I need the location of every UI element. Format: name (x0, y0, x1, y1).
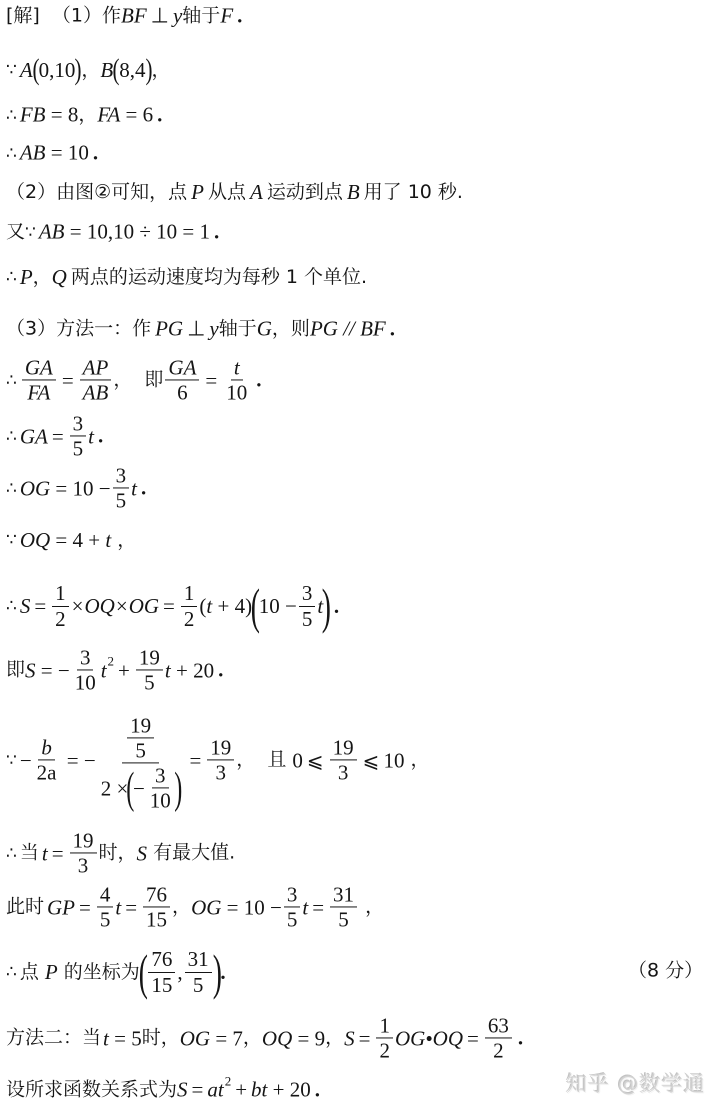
number: 0 (292, 749, 303, 771)
perpendicular-symbol: ⊥ (187, 318, 205, 340)
line-7: ∴ P ， Q 两点的运动速度均为每秒 1 个单位. (6, 266, 367, 288)
math-var: F (220, 5, 233, 27)
fraction-denominator: 2 (52, 607, 69, 630)
fraction-denominator: 2 × ( − 3 10 ) (98, 764, 184, 812)
fraction-numerator: 19 (136, 646, 163, 670)
line-5-part2: （2） 由图②可知，点 P 从点 A 运动到点 B 用了 10 秒. (6, 181, 463, 203)
math-expr: = 9 (292, 1027, 325, 1049)
fraction: 19 5 (127, 714, 154, 761)
equals: = (125, 896, 137, 918)
period: . (214, 220, 219, 245)
math-var: t (101, 659, 107, 681)
fraction-denominator: 5 (113, 489, 130, 512)
math-var: BF (360, 318, 386, 340)
fraction-denominator: 10 (72, 671, 99, 694)
line-6: 又 ∵ AB = 10,10 ÷ 10 = 1 . (6, 220, 219, 245)
period: . (237, 4, 242, 29)
fraction-numerator: GA (165, 356, 199, 380)
text: 方法二：当 (6, 1028, 101, 1049)
therefore-symbol: ∴ (6, 105, 17, 125)
fraction: 3 10 (72, 646, 99, 693)
therefore-symbol: ∴ (6, 478, 17, 498)
text: 设所求函数关系式为 (6, 1080, 177, 1101)
fraction-denominator: 5 (141, 671, 158, 694)
therefore-symbol: ∴ (6, 426, 17, 446)
math-expr: + 20 (267, 1079, 310, 1101)
comma: ， (111, 530, 136, 551)
math-var: FA (97, 104, 120, 126)
big-left-paren: ( (138, 947, 147, 997)
math-var: PG (155, 318, 183, 340)
parallel-symbol: // (338, 318, 360, 340)
fraction: 1 2 (52, 582, 69, 629)
period: . (141, 476, 146, 501)
math-expr: = − (62, 749, 96, 771)
equals: = (205, 369, 217, 391)
math-var: B (347, 181, 360, 203)
fraction-numerator: t (231, 356, 243, 380)
fraction-denominator: 10 (147, 789, 174, 812)
perpendicular-symbol: ⊥ (151, 5, 169, 27)
line-20: 设所求函数关系式为 S = at 2 + bt + 20 . (6, 1078, 320, 1103)
coords-a: 0,10 (39, 59, 76, 81)
math-var: OG (191, 896, 221, 918)
part-number: （2） (6, 182, 56, 203)
equals: = (359, 1027, 371, 1049)
line-12: ∵ OQ = 4 + t ， (6, 529, 136, 551)
math-var: P (191, 181, 204, 203)
math-var: AB (20, 142, 46, 164)
comma: , (177, 961, 182, 983)
fraction-denominator: 5 (284, 908, 301, 931)
text: 两点的运动速度均为每秒 1 个单位. (71, 267, 367, 288)
comma: ， (243, 1028, 262, 1049)
fraction-denominator: 10 (223, 381, 250, 404)
fraction-numerator: 19 (330, 736, 357, 760)
comma: ， (172, 897, 191, 918)
math-expr: = 8 (45, 104, 78, 126)
math-var: P (20, 266, 33, 288)
number: 10 (383, 749, 404, 771)
line-8-part3-method1: （3） 方法一：作 PG ⊥ y 轴于 G ，则 PG // BF . (6, 317, 395, 342)
fraction-denominator: 5 (299, 607, 316, 630)
fraction: 3 5 (284, 883, 301, 930)
fraction-denominator: 3 (335, 761, 352, 784)
fraction-numerator: 3 (113, 464, 130, 488)
period: . (334, 594, 339, 619)
text: 方法一：作 (56, 319, 151, 340)
line-2-coordinates: ∵ A ( 0,10 ) ， B ( 8,4 ) ， (6, 55, 171, 85)
equals: = (52, 425, 64, 447)
text: 运动到点 (267, 182, 343, 203)
text: 时， (99, 843, 137, 864)
fraction: 31 5 (330, 883, 357, 930)
fraction: GA FA (22, 356, 56, 403)
equals: = (34, 595, 46, 617)
math-expr: = 4 + (50, 529, 105, 551)
math-var: S (25, 659, 36, 681)
line-15-vertex: ∵ − b 2a = − 19 5 2 × ( − 3 10 ) = 19 3 … (6, 708, 429, 811)
fraction: t 10 (223, 356, 250, 403)
fraction-denominator: 2 (490, 1039, 507, 1062)
comma: ， (152, 60, 171, 81)
math-expr: + 4 (212, 595, 245, 617)
because-symbol: ∵ (6, 60, 17, 80)
text: 轴于 (182, 6, 220, 27)
line-13-area-formula: ∴ S = 1 2 × OQ × OG = 1 2 ( t + 4 ) ( 10… (6, 581, 339, 631)
fraction: 4 5 (97, 883, 114, 930)
fraction-denominator: 5 (97, 908, 114, 931)
fraction-denominator: 6 (174, 381, 191, 404)
text: ， 即 (113, 370, 163, 391)
fraction-numerator: 1 (376, 1014, 393, 1038)
because-symbol: ∵ (25, 222, 36, 242)
fraction: 31 5 (185, 948, 212, 995)
line-17: 此时 GP = 4 5 t = 76 15 ， OG = 10 − 3 5 t … (6, 883, 384, 930)
point-a: A (20, 59, 33, 81)
math-expr: = 5 (109, 1027, 142, 1049)
math-var: PG (310, 318, 338, 340)
fraction: 3 5 (70, 412, 87, 459)
math-expr: 2 × (101, 777, 129, 799)
point-b: B (100, 59, 113, 81)
right-paren: ) (145, 55, 152, 85)
fraction-denominator: 2 (376, 1039, 393, 1062)
math-var: P (45, 961, 58, 983)
fraction-numerator: 76 (143, 883, 170, 907)
fraction-denominator: 5 (190, 973, 207, 996)
math-var: S (20, 595, 31, 617)
text: ，则 (272, 319, 310, 340)
math-term: at (207, 1079, 223, 1101)
math-var: t (131, 477, 137, 499)
text: 即 (6, 660, 25, 681)
period: . (218, 658, 223, 683)
period: . (98, 424, 103, 449)
fraction-numerator: 19 (207, 736, 234, 760)
line-14-quadratic: 即 S = − 3 10 t 2 + 19 5 t + 20 . (6, 646, 223, 693)
text: 时， (142, 1028, 180, 1049)
text: 当 (20, 843, 39, 864)
fraction: 1 2 (376, 1014, 393, 1061)
line-4: ∴ AB = 10 . (6, 141, 98, 166)
line-1-part1-intro: [解] （1） 作 BF ⊥ y 轴于 F . (6, 4, 242, 29)
fraction: 76 15 (148, 948, 175, 995)
math-var: A (250, 181, 263, 203)
fraction-denominator: 2a (34, 761, 60, 784)
math-var: OQ (20, 529, 50, 551)
period: . (157, 103, 162, 128)
therefore-symbol: ∴ (6, 370, 17, 390)
math-var: GP (47, 896, 75, 918)
fraction-denominator: 3 (75, 854, 92, 877)
comma: ， (81, 60, 100, 81)
fraction-numerator: 19 (70, 829, 97, 853)
math-expr: OG•OQ (395, 1027, 463, 1049)
big-right-paren: ) (322, 581, 331, 631)
big-left-paren: ( (127, 766, 135, 810)
math-var: GA (20, 425, 48, 447)
part-number: （3） (6, 319, 56, 340)
fraction-denominator: 5 (335, 908, 352, 931)
left-paren: ( (32, 55, 39, 85)
text: 又 (6, 222, 25, 243)
therefore-symbol: ∴ (6, 596, 17, 616)
period: . (390, 317, 395, 342)
fraction-numerator: 3 (70, 412, 87, 436)
math-expr: = 6 (120, 104, 153, 126)
fraction-denominator: 5 (70, 437, 87, 460)
text: 作 (102, 6, 121, 27)
line-10: ∴ GA = 3 5 t . (6, 412, 103, 459)
math-expr: = 10,10 ÷ 10 = 1 (65, 221, 210, 243)
math-var: FB (20, 104, 46, 126)
fraction-numerator: 63 (485, 1014, 512, 1038)
math-var: G (257, 318, 272, 340)
line-16-max: ∴ 当 t = 19 3 时， S 有最大值. (6, 829, 235, 876)
minus: − (20, 749, 32, 771)
math-expr: = 7 (210, 1027, 243, 1049)
math-var: S (137, 842, 148, 864)
comma: ， (404, 750, 429, 771)
text: 有最大值. (147, 843, 235, 864)
fraction-denominator: 5 (132, 738, 149, 761)
fraction-denominator: 3 (213, 761, 230, 784)
fraction-numerator: 1 (181, 582, 198, 606)
coords-b: 8,4 (119, 59, 145, 81)
math-var: t (88, 425, 94, 447)
comma: ， (359, 897, 384, 918)
math-term: bt (251, 1079, 267, 1101)
plus: + (118, 659, 130, 681)
complex-fraction: 19 5 2 × ( − 3 10 ) (98, 708, 184, 811)
exponent: 2 (108, 653, 115, 669)
text: 用了 10 秒. (364, 182, 463, 203)
equals: = (189, 749, 201, 771)
math-var: y (209, 318, 218, 340)
fraction-numerator: 31 (330, 883, 357, 907)
text: 点 (20, 962, 45, 983)
math-var: OQ (262, 1027, 292, 1049)
fraction-numerator: 3 (77, 646, 94, 670)
fraction-numerator: 3 (152, 765, 169, 789)
math-expr: = 10 − (50, 477, 110, 499)
fraction-numerator: 4 (97, 883, 114, 907)
math-var: Q (52, 266, 67, 288)
comma: ， (78, 105, 97, 126)
less-equal-symbol: ⩽ (307, 748, 324, 772)
fraction-numerator: 76 (148, 948, 175, 972)
math-expr: + 20 (171, 659, 214, 681)
therefore-symbol: ∴ (6, 267, 17, 287)
fraction: b 2a (34, 736, 60, 783)
text: 从点 (208, 182, 246, 203)
line-3: ∴ FB = 8 ， FA = 6 . (6, 103, 162, 128)
period: . (256, 368, 261, 393)
math-var: OG (20, 477, 50, 499)
math-var: y (173, 5, 182, 27)
period: . (518, 1026, 523, 1051)
fraction: GA 6 (165, 356, 199, 403)
fraction: 3 5 (299, 582, 316, 629)
text: 的坐标为 (58, 962, 140, 983)
fraction: 76 15 (143, 883, 170, 930)
period: . (93, 141, 98, 166)
therefore-symbol: ∴ (6, 843, 17, 863)
fraction-numerator: 1 (52, 582, 69, 606)
line-9-ratio: ∴ GA FA = AP AB ， 即 GA 6 = t 10 . (6, 356, 262, 403)
comma: ， (325, 1028, 344, 1049)
times: × (116, 595, 128, 617)
left-paren: ( (113, 55, 120, 85)
math-var: BF (121, 5, 147, 27)
because-symbol: ∵ (6, 750, 17, 770)
big-right-paren: ) (212, 947, 221, 997)
equals: = (312, 896, 324, 918)
fraction: 63 2 (485, 1014, 512, 1061)
equals: = (62, 369, 74, 391)
math-var: OQ (85, 595, 115, 617)
solution-label: [解] (6, 6, 40, 27)
fraction-denominator: 15 (148, 973, 175, 996)
fraction: AP AB (80, 356, 112, 403)
fraction-numerator: 19 (127, 714, 154, 738)
therefore-symbol: ∴ (6, 143, 17, 163)
math-var: S (177, 1079, 188, 1101)
math-var: S (344, 1027, 355, 1049)
fraction-numerator: 3 (299, 582, 316, 606)
math-var: t (115, 896, 121, 918)
fraction: 3 5 (113, 464, 130, 511)
exponent: 2 (225, 1073, 232, 1089)
less-equal-symbol: ⩽ (363, 748, 380, 772)
fraction-numerator: 3 (284, 883, 301, 907)
math-expr: = 10 (45, 142, 88, 164)
equals: = (52, 842, 64, 864)
equals: = (467, 1027, 479, 1049)
text: 由图②可知，点 (56, 182, 187, 203)
left-paren: ( (199, 595, 206, 617)
fraction: 3 10 (147, 765, 174, 812)
part-number: （1） (40, 6, 102, 27)
fraction: 19 3 (70, 829, 97, 876)
line-11: ∴ OG = 10 − 3 5 t . (6, 464, 146, 511)
fraction-numerator: AP (80, 356, 112, 380)
right-paren: ) (75, 55, 82, 85)
text: 此时 (6, 897, 44, 918)
line-19-method2: 方法二：当 t = 5 时， OG = 7 ， OQ = 9 ， S = 1 2… (6, 1014, 523, 1061)
math-var: AB (39, 221, 65, 243)
fraction-denominator: AB (80, 381, 112, 404)
therefore-symbol: ∴ (6, 962, 17, 982)
math-var: OG (180, 1027, 210, 1049)
plus: + (235, 1079, 247, 1101)
fraction-denominator: 15 (143, 908, 170, 931)
watermark: 知乎 @数学通 (566, 1068, 706, 1098)
math-expr: = 10 − (221, 896, 281, 918)
fraction: 19 3 (330, 736, 357, 783)
times: × (72, 595, 84, 617)
fraction: 1 2 (181, 582, 198, 629)
fraction-numerator: 19 5 (122, 708, 159, 763)
text: ， 且 (236, 750, 292, 771)
equals: = (79, 896, 91, 918)
fraction-numerator: b (38, 736, 55, 760)
fraction-numerator: 31 (185, 948, 212, 972)
equals: = (163, 595, 175, 617)
big-left-paren: ( (251, 581, 260, 631)
math-var: t (42, 842, 48, 864)
fraction-denominator: 2 (181, 607, 198, 630)
comma: ， (33, 267, 52, 288)
fraction: 19 5 (136, 646, 163, 693)
minus: − (133, 777, 145, 799)
text: 轴于 (219, 319, 257, 340)
math-var: OG (129, 595, 159, 617)
fraction-denominator: FA (24, 381, 53, 404)
score-label: （8 分） (628, 956, 703, 983)
line-18-coordinates-of-p: ∴ 点 P 的坐标为 ( 76 15 , 31 5 ) . (6, 947, 226, 997)
equals: = (192, 1079, 204, 1101)
fraction-numerator: GA (22, 356, 56, 380)
math-var: t (302, 896, 308, 918)
because-symbol: ∵ (6, 530, 17, 550)
big-right-paren: ) (174, 766, 182, 810)
fraction: 19 3 (207, 736, 234, 783)
math-expr: 10 − (259, 595, 297, 617)
math-expr: = − (36, 659, 70, 681)
period: . (315, 1078, 320, 1103)
